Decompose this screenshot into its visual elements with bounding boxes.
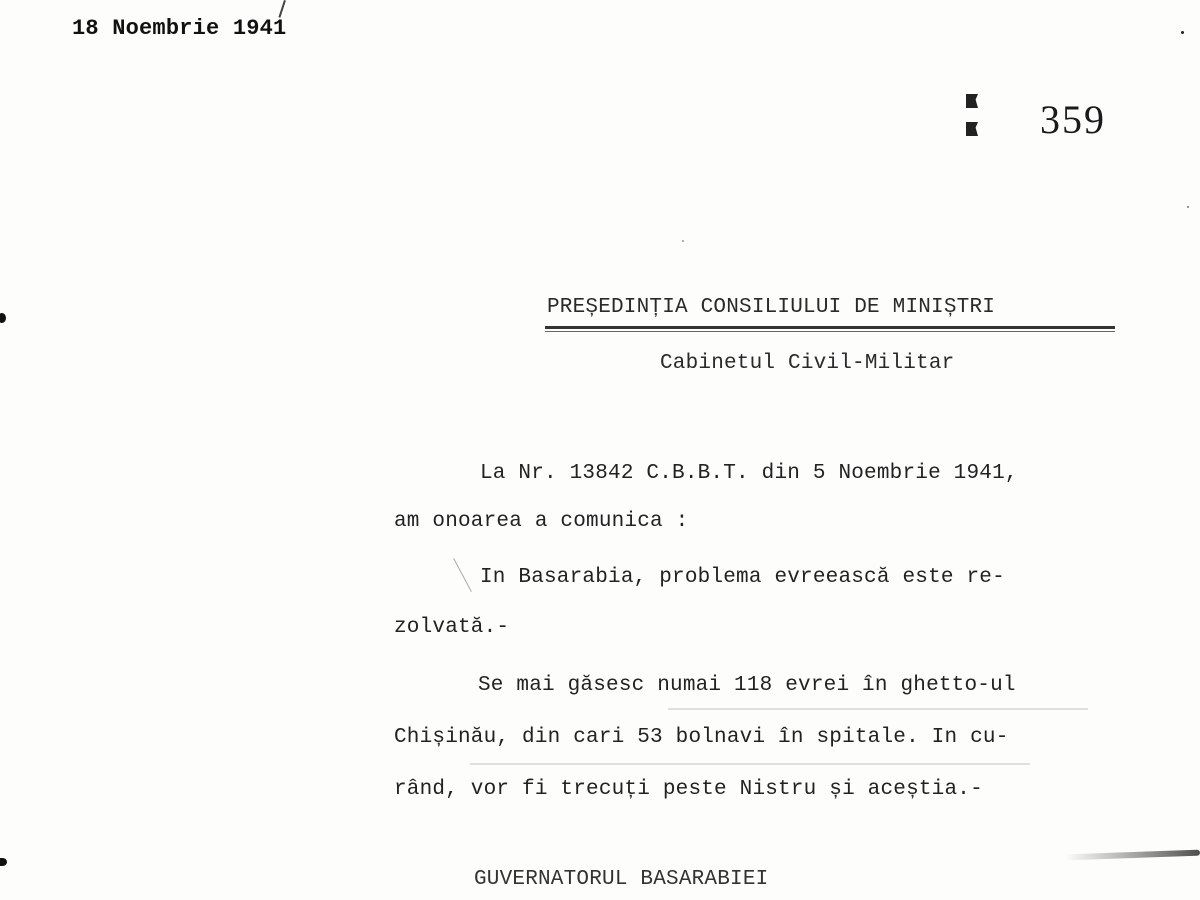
faint-strikethrough-mark	[668, 708, 1088, 710]
document-heading: PREȘEDINȚIA CONSILIULUI DE MINIȘTRI	[547, 296, 995, 319]
paper-speck	[682, 240, 684, 242]
typewritten-document-page: 18 Noembrie 1941 359 PREȘEDINȚIA CONSILI…	[0, 0, 1200, 900]
page-number: 359	[1040, 96, 1106, 143]
signature-block: GUVERNATORUL BASARABIEI	[474, 868, 768, 891]
body-line-6: Chișinău, din cari 53 bolnavi în spitale…	[394, 726, 1009, 749]
pencil-tick-mark	[453, 558, 472, 592]
punch-hole-mark	[0, 313, 6, 323]
body-line-communication: am onoarea a comunica :	[394, 510, 688, 533]
body-line-4: zolvată.-	[394, 616, 509, 639]
stamp-mark-icon	[966, 94, 980, 150]
body-line-3: In Basarabia, problema evreească este re…	[480, 566, 1005, 589]
punch-hole-mark	[0, 858, 7, 866]
heading-underline-secondary	[545, 331, 1115, 332]
paper-speck	[1187, 206, 1189, 208]
ink-smudge	[1065, 850, 1200, 861]
body-line-reference: La Nr. 13842 C.B.B.T. din 5 Noembrie 194…	[480, 462, 1018, 485]
document-subheading: Cabinetul Civil-Militar	[660, 352, 954, 375]
heading-underline	[545, 326, 1115, 329]
document-date: 18 Noembrie 1941	[72, 16, 286, 41]
body-line-5: Se mai găsesc numai 118 evrei în ghetto-…	[478, 674, 1016, 697]
faint-strikethrough-mark	[470, 763, 1030, 765]
body-line-7: rând, vor fi trecuți peste Nistru și ace…	[394, 778, 983, 801]
paper-speck	[1181, 31, 1184, 34]
